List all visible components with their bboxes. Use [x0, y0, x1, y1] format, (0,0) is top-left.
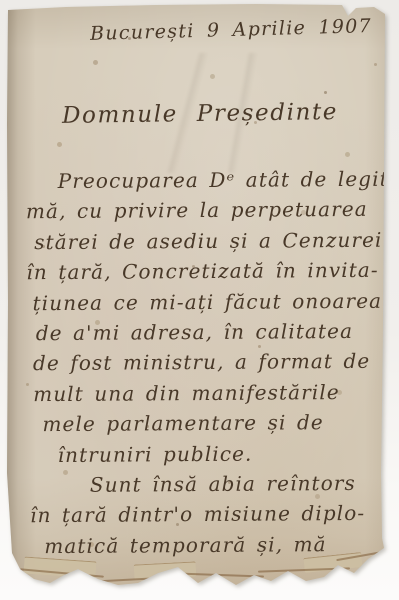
letter-line: stărei de asediu și a Cenzurei	[34, 225, 386, 258]
letter-line: în țară, Concretizată în invita-	[26, 255, 378, 288]
letter-line: de a'mi adresa, în calitatea	[36, 316, 388, 349]
letter-line: mă, cu privire la perpetuarea	[26, 194, 378, 227]
letter-line: mult una din manifestările	[33, 376, 385, 409]
letter-line: Preocuparea Dᵉ atât de legiti-	[58, 164, 378, 197]
letter-paper: București 9 Aprilie 1907 Domnule Președi…	[6, 3, 387, 597]
letter-line: în țară dintr'o misiune diplo-	[30, 498, 382, 531]
letter-line: matică temporară și, mă	[44, 528, 396, 561]
letter-line: mele parlamentare și de	[42, 407, 394, 440]
letter-line: țiunea ce mi-ați făcut onoarea	[32, 285, 384, 318]
photograph: București 9 Aprilie 1907 Domnule Președi…	[0, 0, 399, 600]
torn-edge-flap	[134, 561, 197, 579]
foxing-spots	[6, 3, 9, 6]
letter-salutation: Domnule Președinte	[62, 99, 338, 129]
letter-line: întruniri publice.	[58, 437, 399, 470]
paper-sheet: București 9 Aprilie 1907 Domnule Președi…	[6, 3, 387, 597]
letter-body: Preocuparea Dᵉ atât de legiti-mă, cu pri…	[26, 164, 381, 562]
letter-line: de fost ministru, a format de	[33, 346, 385, 379]
letter-line: Sunt însă abia reîntors	[90, 468, 380, 500]
letter-dateline: București 9 Aprilie 1907	[90, 15, 373, 45]
